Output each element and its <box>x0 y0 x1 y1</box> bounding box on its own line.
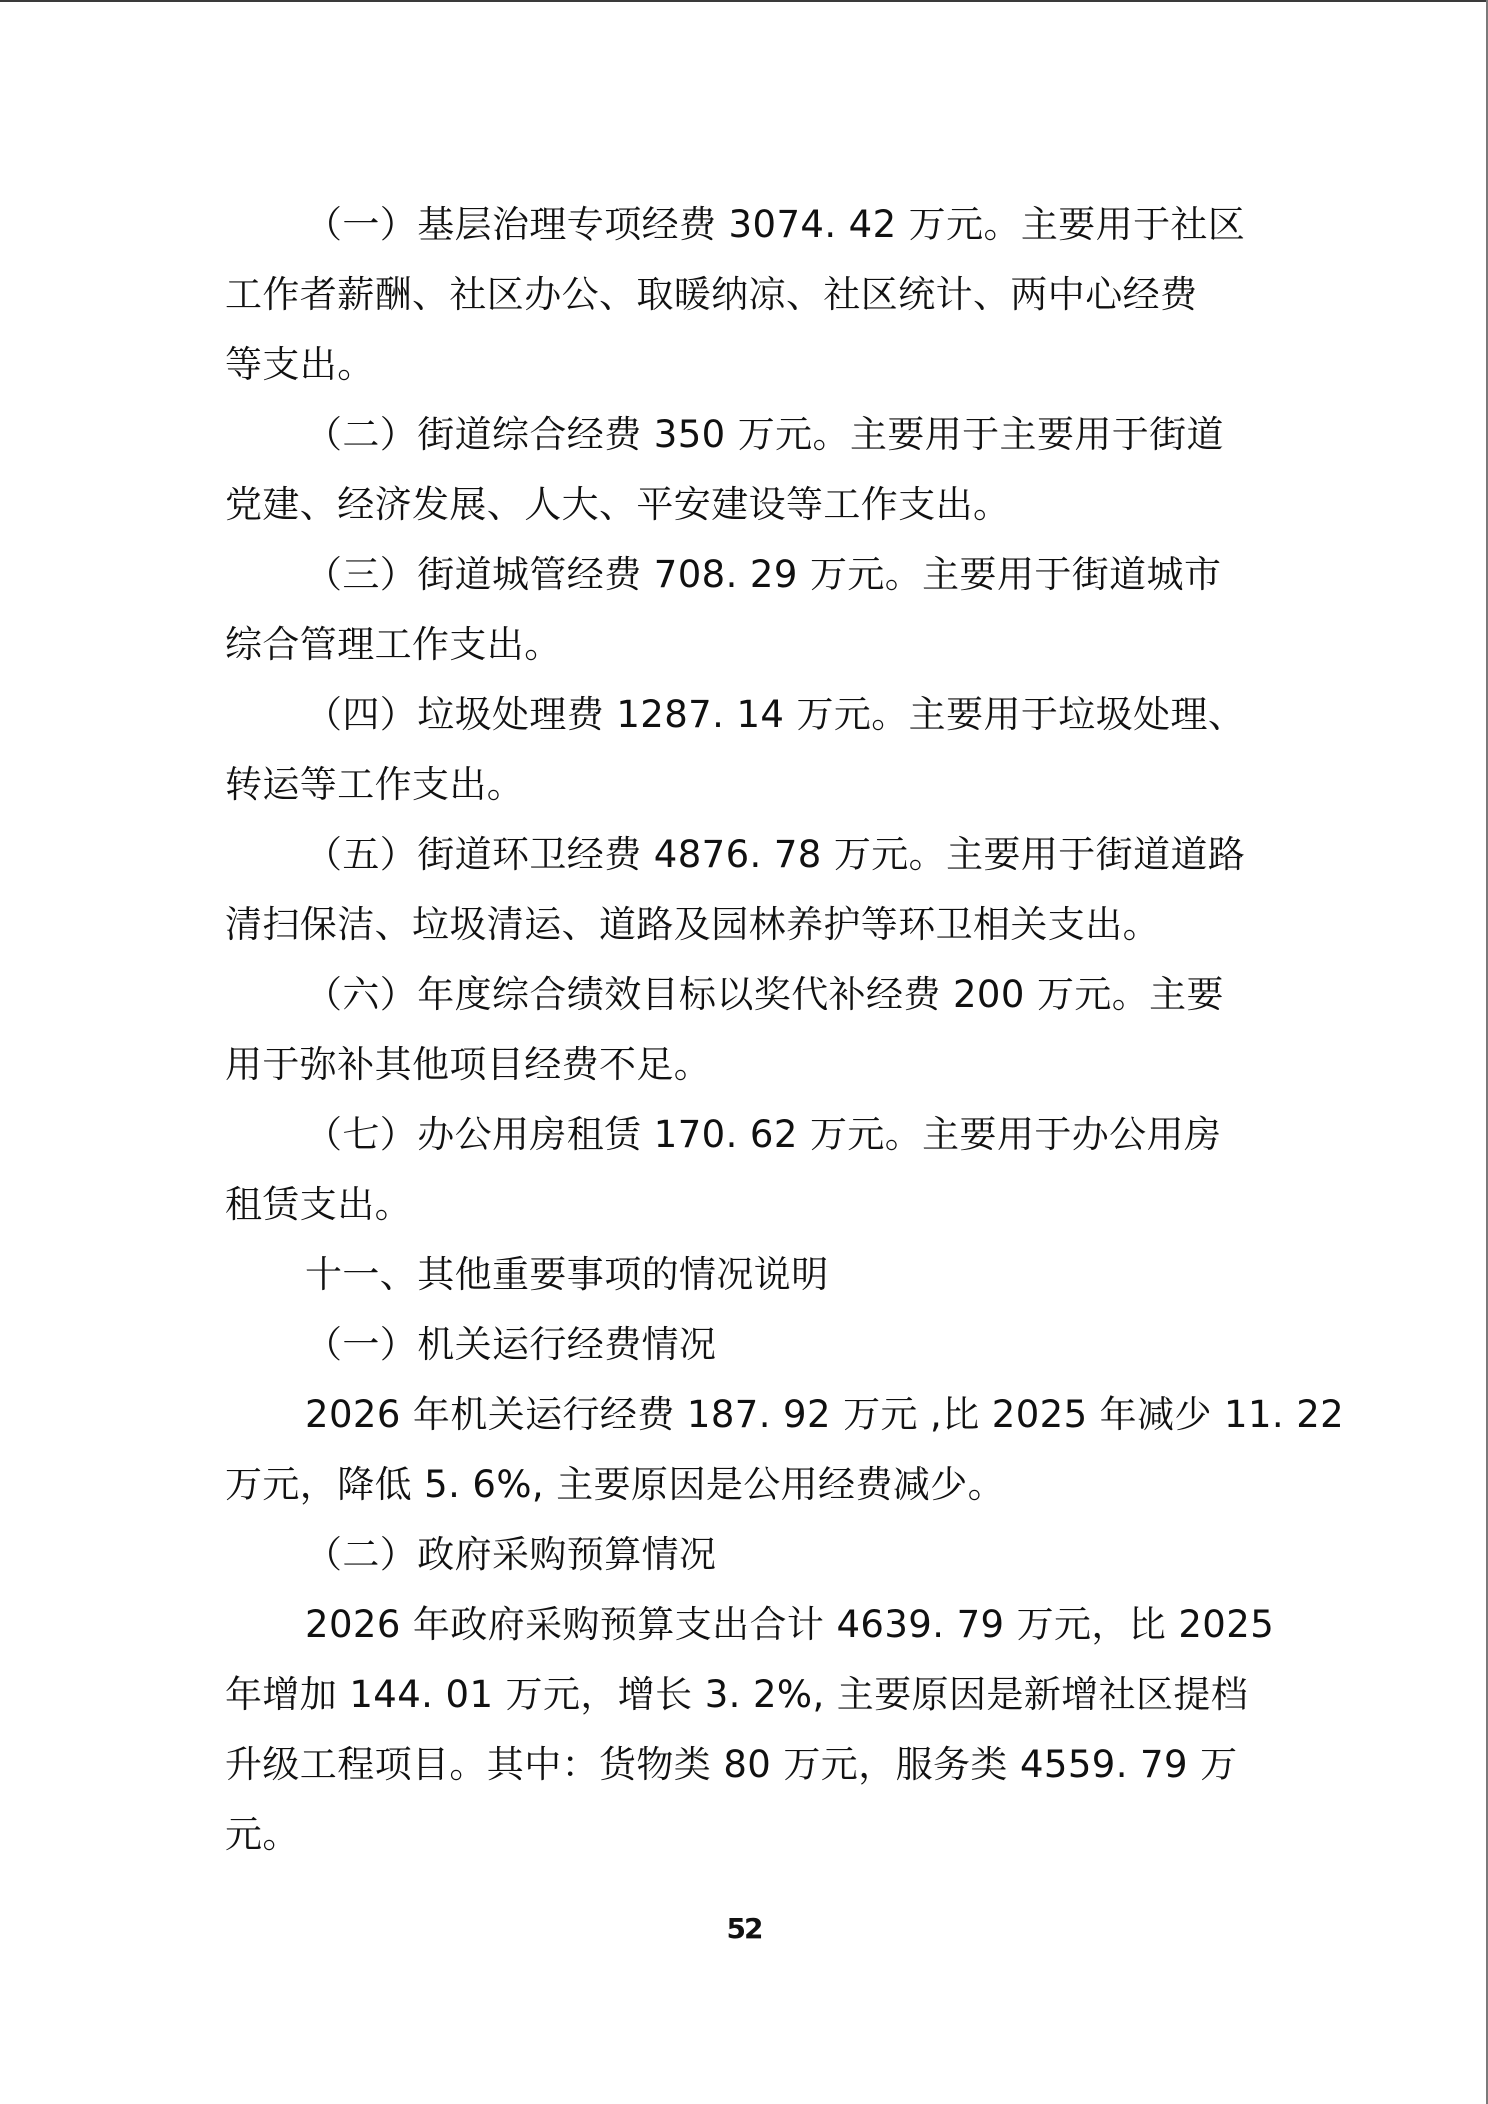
paragraph-8-line-2: 万元，降低 5. 6%, 主要原因是公用经费减少。 <box>225 1450 1265 1520</box>
page-border-top <box>0 0 1488 2</box>
paragraph-4-line-1: （四）垃圾处理费 1287. 14 万元。主要用于垃圾处理、 <box>225 680 1265 750</box>
paragraph-3-line-1: （三）街道城管经费 708. 29 万元。主要用于街道城市 <box>225 540 1265 610</box>
section-heading-11: 十一、其他重要事项的情况说明 <box>225 1240 1265 1310</box>
paragraph-9-line-1: 2026 年政府采购预算支出合计 4639. 79 万元，比 2025 <box>225 1590 1265 1660</box>
page-number: 52 <box>0 1912 1488 1945</box>
paragraph-7-line-2: 租赁支出。 <box>225 1170 1265 1240</box>
paragraph-6-line-1: （六）年度综合绩效目标以奖代补经费 200 万元。主要 <box>225 960 1265 1030</box>
paragraph-4-line-2: 转运等工作支出。 <box>225 750 1265 820</box>
paragraph-6-line-2: 用于弥补其他项目经费不足。 <box>225 1030 1265 1100</box>
paragraph-5-line-1: （五）街道环卫经费 4876. 78 万元。主要用于街道道路 <box>225 820 1265 890</box>
paragraph-7-line-1: （七）办公用房租赁 170. 62 万元。主要用于办公用房 <box>225 1100 1265 1170</box>
paragraph-1-line-3: 等支出。 <box>225 330 1265 400</box>
paragraph-8-line-1: 2026 年机关运行经费 187. 92 万元 ,比 2025 年减少 11. … <box>225 1380 1265 1450</box>
paragraph-1-line-1: （一）基层治理专项经费 3074. 42 万元。主要用于社区 <box>225 190 1265 260</box>
paragraph-3-line-2: 综合管理工作支出。 <box>225 610 1265 680</box>
subheading-operating-expenses: （一）机关运行经费情况 <box>225 1310 1265 1380</box>
paragraph-5-line-2: 清扫保洁、垃圾清运、道路及园林养护等环卫相关支出。 <box>225 890 1265 960</box>
paragraph-9-line-3: 升级工程项目。其中：货物类 80 万元，服务类 4559. 79 万 <box>225 1730 1265 1800</box>
document-body: （一）基层治理专项经费 3074. 42 万元。主要用于社区 工作者薪酬、社区办… <box>225 190 1265 1870</box>
paragraph-9-line-2: 年增加 144. 01 万元，增长 3. 2%, 主要原因是新增社区提档 <box>225 1660 1265 1730</box>
paragraph-9-line-4: 元。 <box>225 1800 1265 1870</box>
paragraph-2-line-1: （二）街道综合经费 350 万元。主要用于主要用于街道 <box>225 400 1265 470</box>
paragraph-1-line-2: 工作者薪酬、社区办公、取暖纳凉、社区统计、两中心经费 <box>225 260 1265 330</box>
paragraph-2-line-2: 党建、经济发展、人大、平安建设等工作支出。 <box>225 470 1265 540</box>
subheading-procurement-budget: （二）政府采购预算情况 <box>225 1520 1265 1590</box>
